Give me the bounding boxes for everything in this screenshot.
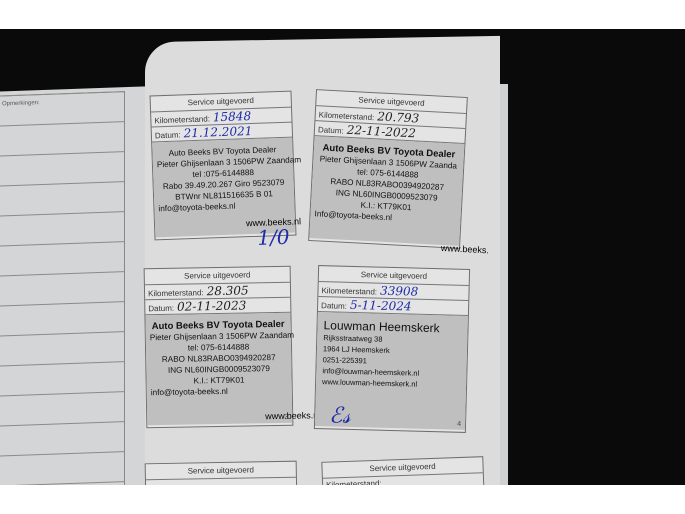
km-value: 28.305 [206, 283, 248, 298]
dealer-stamp: Auto Beeks BV Toyota Dealer Pieter Ghijs… [152, 138, 295, 238]
km-value: 33908 [380, 284, 419, 299]
bottom-border [0, 485, 685, 514]
km-label: Kilometerstand: [321, 286, 377, 296]
dealer-stamp: Louwman Heemskerk Rijksstraatweg 38 1964… [315, 312, 468, 430]
date-label: Datum: [321, 301, 347, 311]
left-page: Opmerkingen: [0, 86, 151, 485]
date-label: Datum: [148, 304, 174, 313]
date-label: Datum: [318, 125, 344, 135]
dealer-stamp: Auto Beeks BV Toyota Dealer Pieter Ghijs… [145, 313, 292, 426]
signature: ℰ𝓈 [329, 403, 351, 429]
date-value: 02-11-2023 [177, 299, 246, 314]
entry-header: Service uitgevoerd [146, 462, 296, 481]
website: www.beeks.nl [265, 410, 320, 421]
page-number: 3 [284, 414, 288, 421]
km-label: Kilometerstand: [154, 114, 210, 125]
service-entry-4: Service uitgevoerd Kilometerstand:33908 … [314, 265, 470, 433]
service-entry-1: Service uitgevoerd Kilometerstand:15848 … [150, 91, 297, 241]
stamp-line: info@toyota-beeks.nl [151, 385, 288, 398]
km-label: Kilometerstand: [148, 288, 204, 298]
service-booklet-photo: Opmerkingen: Service uitgevoerd Kilomete… [0, 29, 685, 485]
date-label: Datum: [155, 130, 181, 140]
dealer-stamp: Auto Beeks BV Toyota Dealer Pieter Ghijs… [309, 136, 464, 246]
signature: 1/0 [257, 225, 290, 250]
service-entry-3: Service uitgevoerd Kilometerstand:28.305… [144, 266, 294, 429]
service-entry-2: Service uitgevoerd Kilometerstand:20.793… [308, 89, 468, 249]
remarks-frame [0, 91, 125, 485]
date-value: 21.12.2021 [183, 124, 252, 140]
date-value: 5-11-2024 [350, 298, 412, 314]
top-border [0, 0, 685, 29]
km-label: Kilometerstand: [319, 110, 375, 122]
service-entry-6: Service uitgevoerd Kilometerstand: [321, 456, 484, 485]
service-entry-5: Service uitgevoerd [145, 461, 298, 485]
km-value: 20.793 [377, 109, 420, 125]
km-value: 15848 [213, 109, 252, 124]
page-number: 4 [457, 421, 461, 428]
stamp-line: www.louwman-heemskerk.nl [322, 376, 462, 391]
